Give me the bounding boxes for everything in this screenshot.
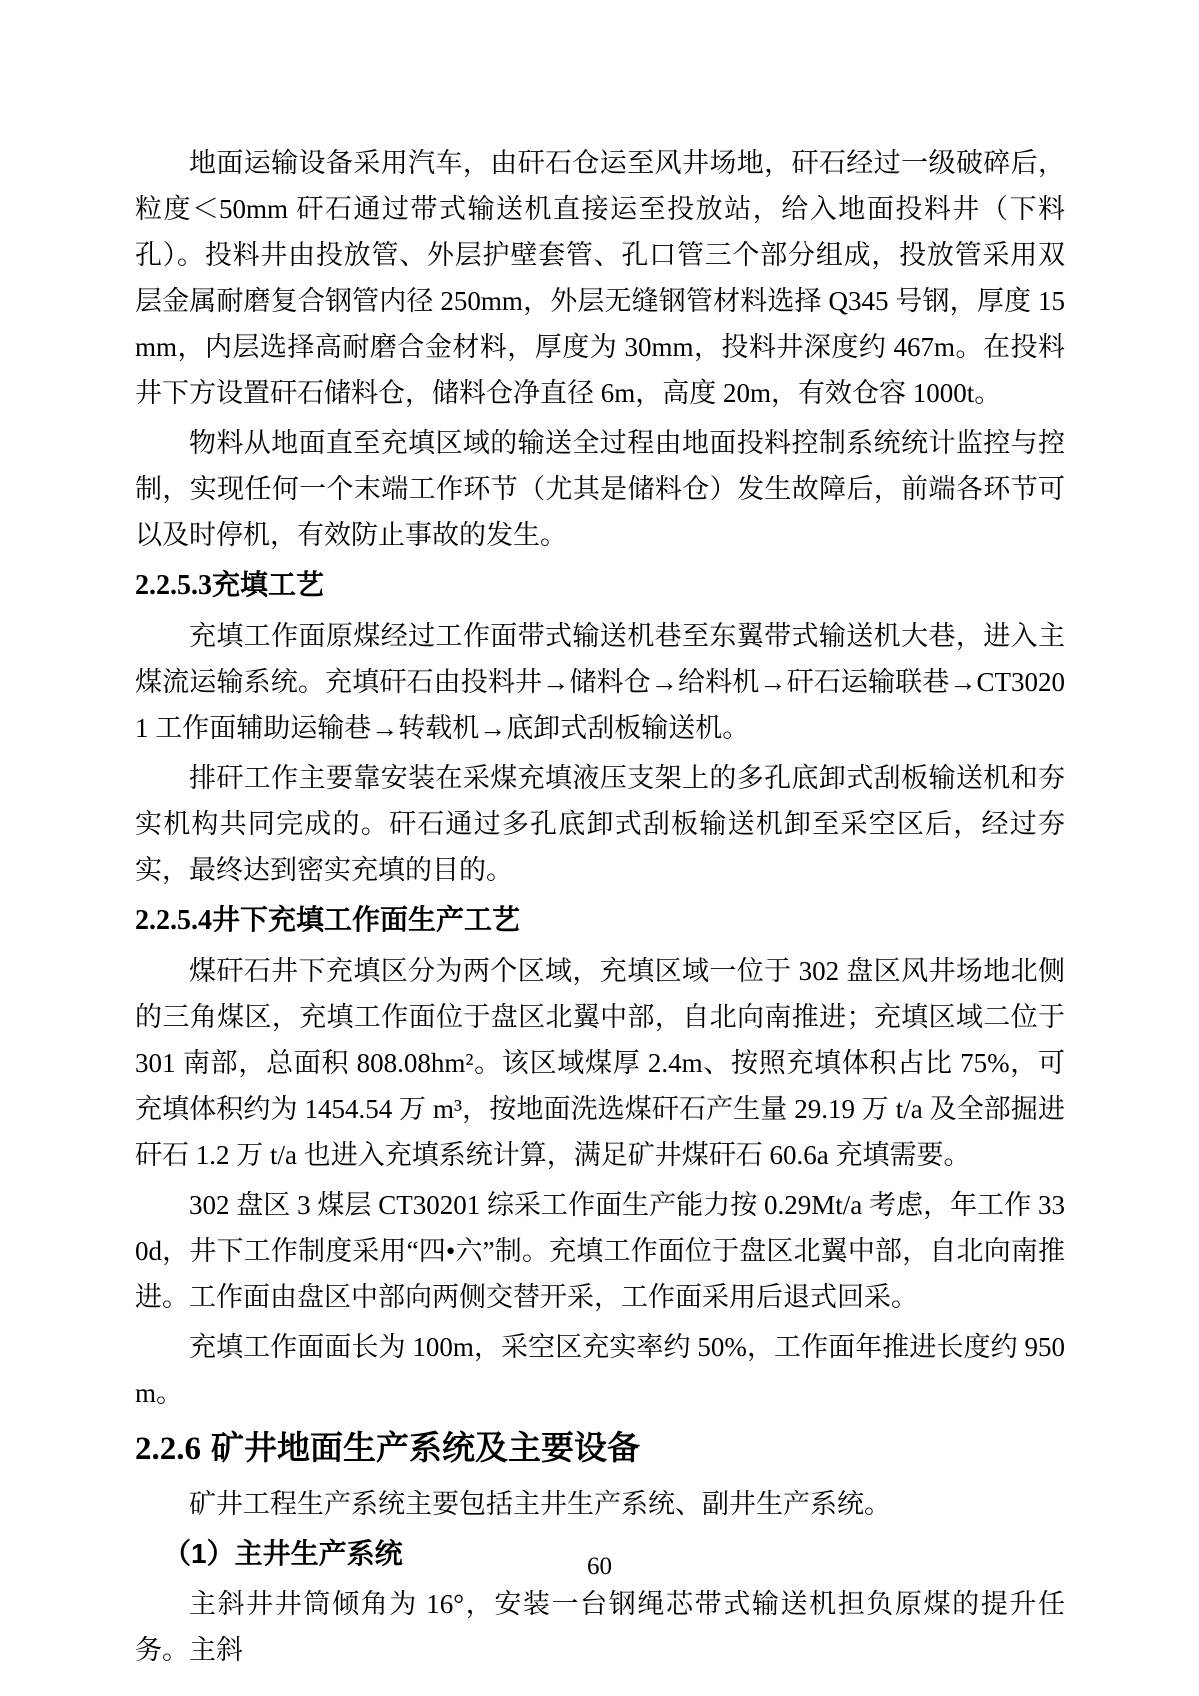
paragraph-face-length: 充填工作面面长为 100m，采空区充实率约 50%，工作面年推进长度约 950m… [135, 1324, 1065, 1416]
heading-2-2-5-3-filling-process: 2.2.5.3充填工艺 [135, 562, 1065, 609]
paragraph-material-monitoring: 物料从地面直至充填区域的输送全过程由地面投料控制系统统计监控与控制，实现任何一个… [135, 420, 1065, 558]
heading-title: 矿井地面生产系统及主要设备 [211, 1429, 640, 1466]
page-number: 60 [0, 1552, 1199, 1582]
heading-2-2-5-4-underground-filling: 2.2.5.4井下充填工作面生产工艺 [135, 897, 1065, 944]
heading-title: 充填工艺 [212, 569, 324, 600]
paragraph-working-face-capacity: 302 盘区 3 煤层 CT30201 综采工作面生产能力按 0.29Mt/a … [135, 1182, 1065, 1320]
paragraph-filling-areas: 煤矸石井下充填区分为两个区域，充填区域一位于 302 盘区风井场地北侧的三角煤区… [135, 948, 1065, 1178]
paragraph-main-incline-shaft: 主斜井井筒倾角为 16°，安装一台钢绳芯带式输送机担负原煤的提升任务。主斜 [135, 1581, 1065, 1673]
heading-number: 2.2.5.3 [135, 570, 212, 601]
paragraph-gangue-discharge: 排矸工作主要靠安装在采煤充填液压支架上的多孔底卸式刮板输送机和夯实机构共同完成的… [135, 755, 1065, 893]
heading-number: 2.2.6 [135, 1431, 201, 1467]
paragraph-surface-transport: 地面运输设备采用汽车，由矸石仓运至风井场地，矸石经过一级破碎后，粒度＜50mm … [135, 140, 1065, 416]
paragraph-production-systems-overview: 矿井工程生产系统主要包括主井生产系统、副井生产系统。 [135, 1481, 1065, 1527]
document-body: 地面运输设备采用汽车，由矸石仓运至风井场地，矸石经过一级破碎后，粒度＜50mm … [135, 136, 1065, 1677]
heading-number: 2.2.5.4 [135, 905, 212, 936]
heading-2-2-6-surface-production-systems: 2.2.6矿井地面生产系统及主要设备 [135, 1422, 1065, 1475]
heading-title: 井下充填工作面生产工艺 [212, 904, 520, 935]
paragraph-filling-route: 充填工作面原煤经过工作面带式输送机巷至东翼带式输送机大巷，进入主煤流运输系统。充… [135, 613, 1065, 751]
document-page: 地面运输设备采用汽车，由矸石仓运至风井场地，矸石经过一级破碎后，粒度＜50mm … [0, 0, 1199, 1696]
